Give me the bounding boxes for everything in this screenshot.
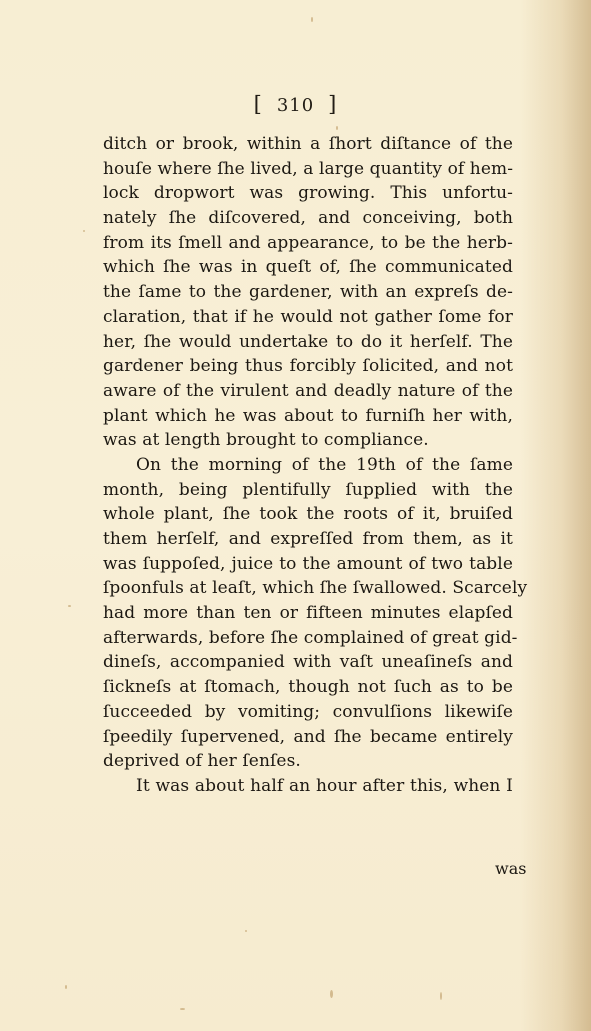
text-line: her, ſhe would undertake to do it herſel… — [103, 330, 513, 355]
text-line: dineſs, accompanied with vaſt uneaſineſs… — [103, 650, 513, 675]
text-line: ſickneſs at ſtomach, though not ſuch as … — [103, 675, 513, 700]
paper-speck — [245, 930, 247, 932]
text-line: afterwards, before ſhe complained of gre… — [103, 626, 513, 651]
text-line: ſpoonfuls at leaſt, which ſhe ſwallowed.… — [103, 576, 513, 601]
text-line: ditch or brook, within a ſhort diſtance … — [103, 132, 513, 157]
paper-speck — [65, 985, 67, 989]
paper-speck — [336, 126, 338, 130]
bracket-left: [ — [254, 92, 263, 116]
text-line: It was about half an hour after this, wh… — [103, 774, 513, 799]
page-number-header: [310] — [0, 92, 591, 116]
text-line: month, being plentifully ſupplied with t… — [103, 478, 513, 503]
text-line: was at length brought to compliance. — [103, 428, 513, 453]
text-line: from its ſmell and appearance, to be the… — [103, 231, 513, 256]
paper-speck — [83, 230, 85, 232]
text-line: gardener being thus forcibly ſolicited, … — [103, 354, 513, 379]
text-line: On the morning of the 19th of the ſame — [103, 453, 513, 478]
text-line: aware of the virulent and deadly nature … — [103, 379, 513, 404]
paper-speck — [311, 17, 313, 22]
text-line: them herſelf, and expreſſed from them, a… — [103, 527, 513, 552]
text-line: ſucceeded by vomiting; convulſions likew… — [103, 700, 513, 725]
text-line: whole plant, ſhe took the roots of it, b… — [103, 502, 513, 527]
paper-speck — [440, 992, 442, 1000]
text-line: which ſhe was in queſt of, ſhe communica… — [103, 255, 513, 280]
text-line: houſe where ſhe lived, a large quantity … — [103, 157, 513, 182]
text-line: lock dropwort was growing. This unfortu- — [103, 181, 513, 206]
paper-speck — [180, 1008, 185, 1010]
bracket-right: ] — [328, 92, 337, 116]
text-line: plant which he was about to furniſh her … — [103, 404, 513, 429]
text-line: had more than ten or fifteen minutes ela… — [103, 601, 513, 626]
body-text: ditch or brook, within a ſhort diſtance … — [103, 132, 513, 799]
catchword: was — [495, 859, 526, 878]
text-line: was ſuppoſed, juice to the amount of two… — [103, 552, 513, 577]
book-page: [310] ditch or brook, within a ſhort diſ… — [0, 0, 591, 1031]
text-line: the ſame to the gardener, with an expreſ… — [103, 280, 513, 305]
paper-speck — [330, 990, 333, 998]
text-line: claration, that if he would not gather ſ… — [103, 305, 513, 330]
paper-speck — [68, 605, 71, 607]
text-line: nately ſhe diſcovered, and conceiving, b… — [103, 206, 513, 231]
text-line: ſpeedily ſupervened, and ſhe became enti… — [103, 725, 513, 750]
text-line: deprived of her ſenſes. — [103, 749, 513, 774]
page-number: 310 — [277, 95, 314, 116]
